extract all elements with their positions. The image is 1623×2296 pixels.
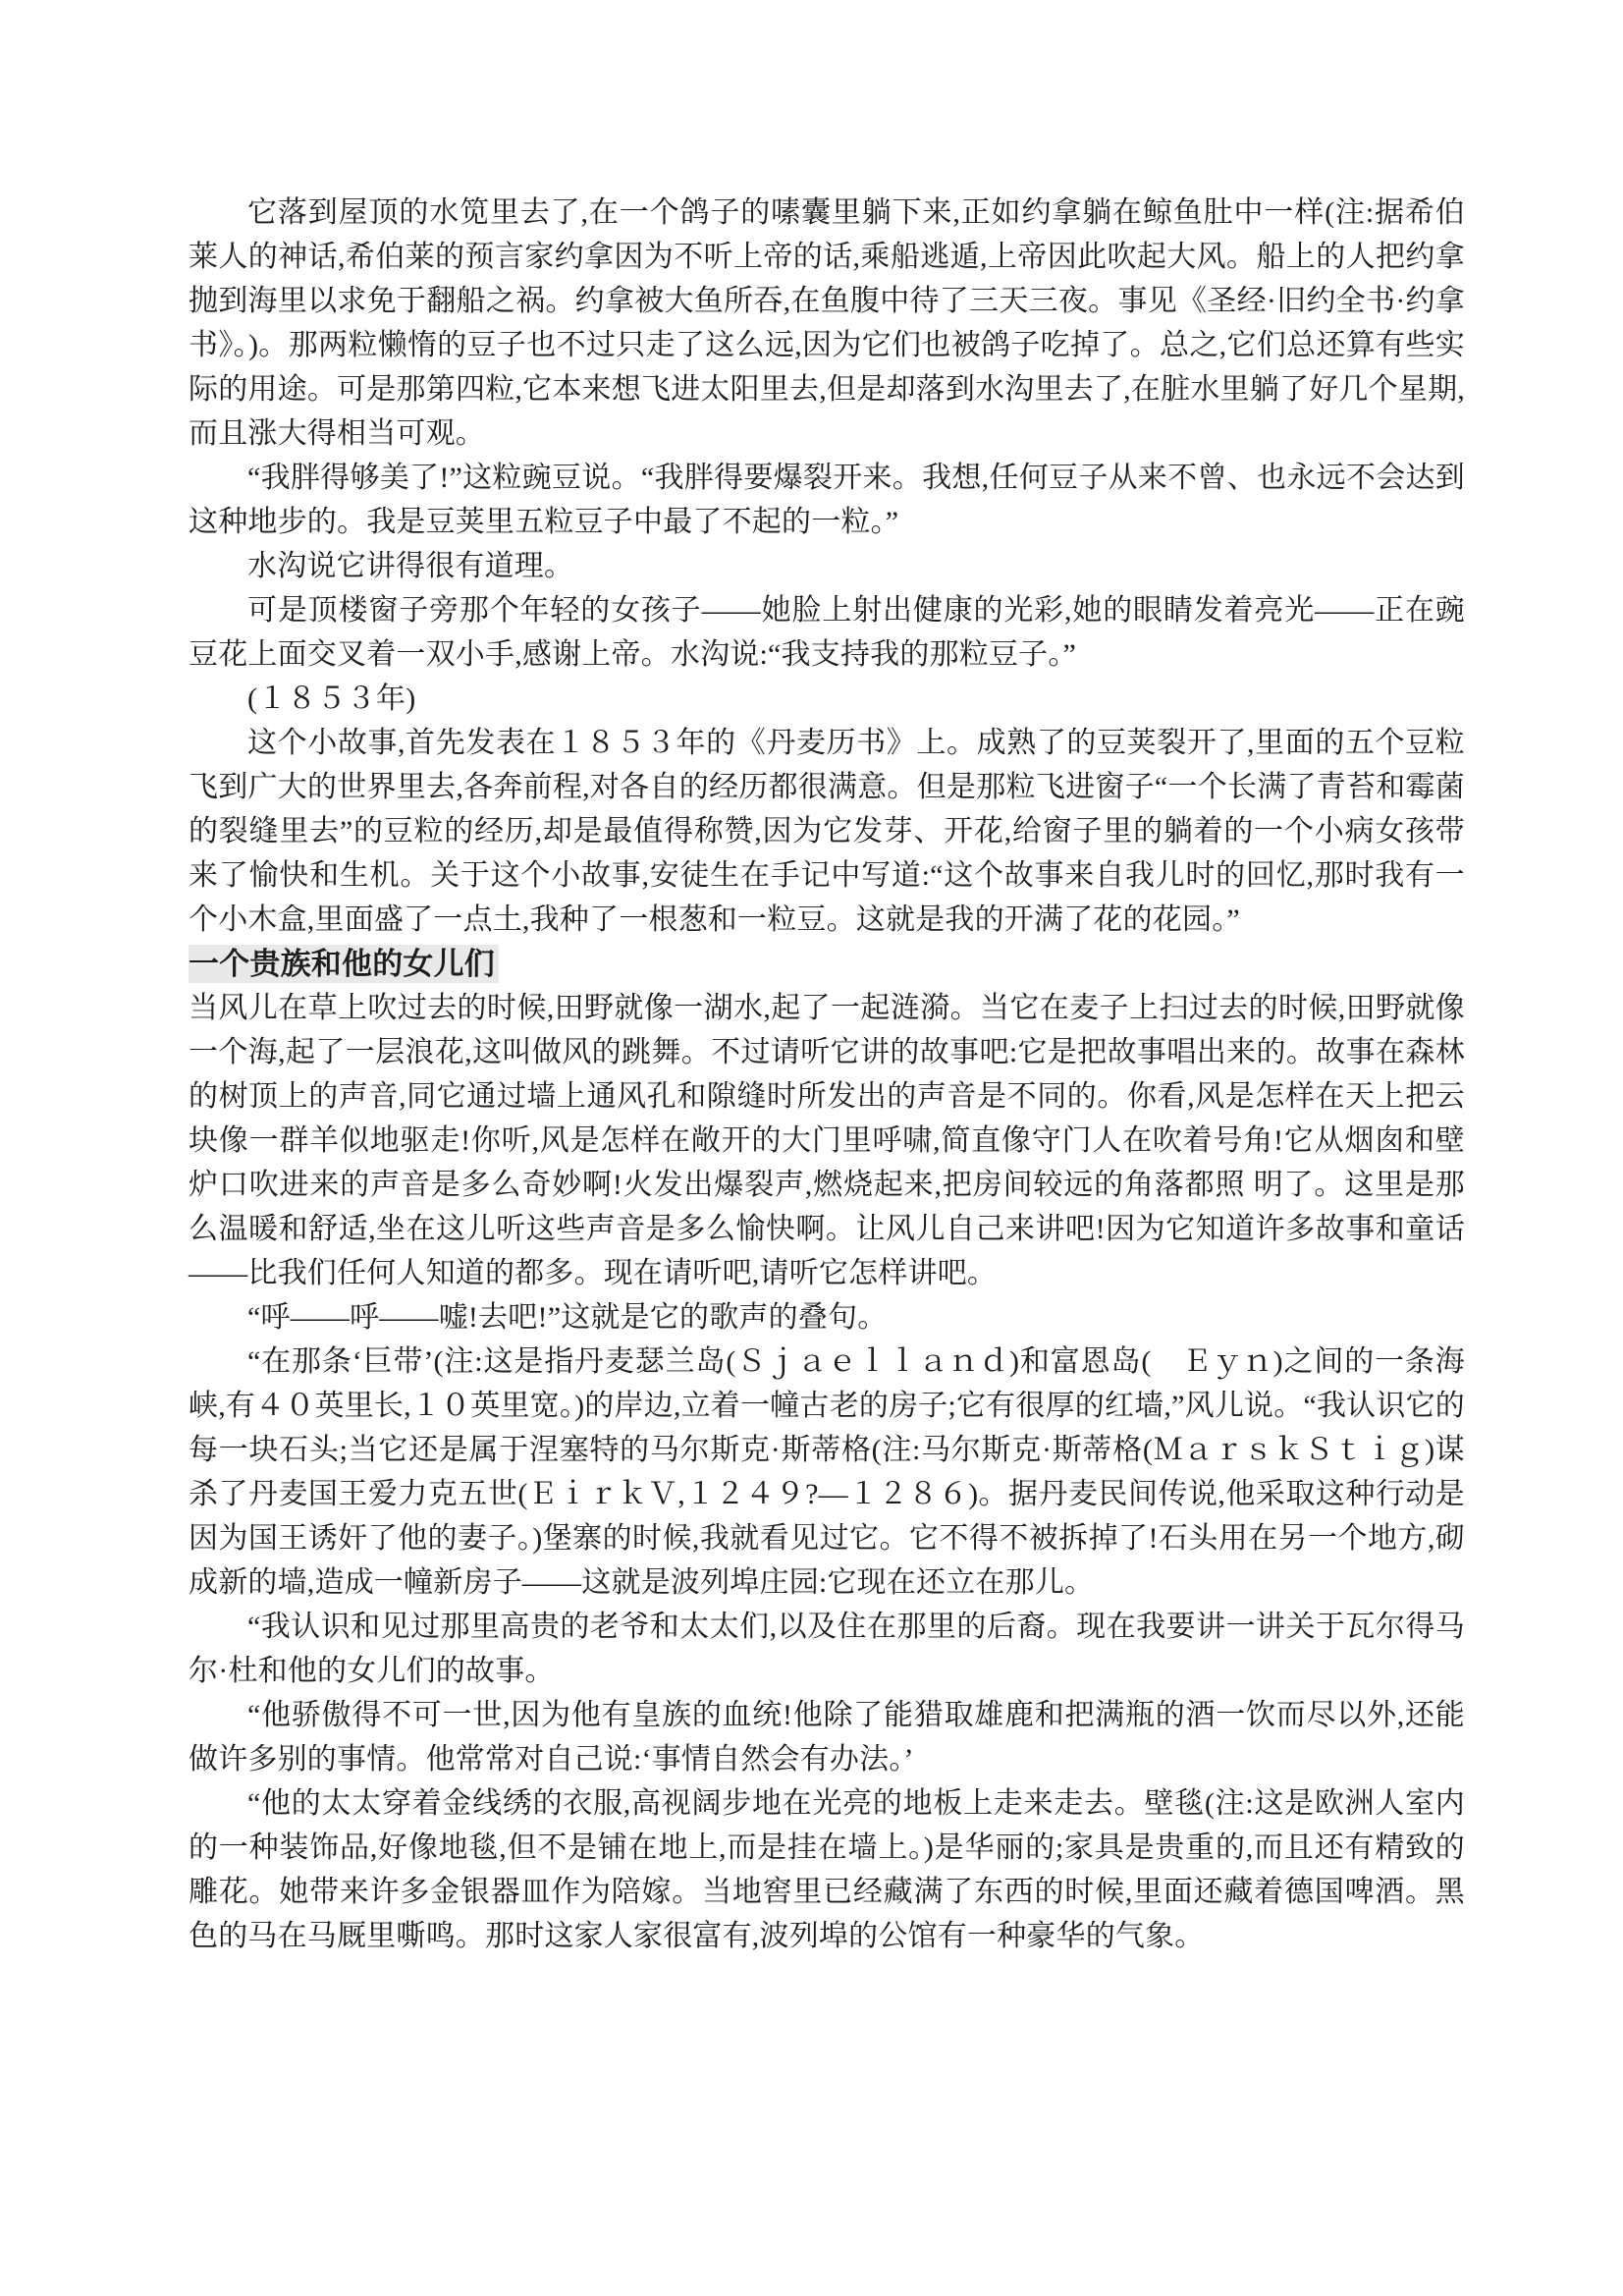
paragraph: 这个小故事,首先发表在１８５３年的《丹麦历书》上。成熟了的豆荚裂开了,里面的五个…: [189, 721, 1465, 942]
section-heading-text: 一个贵族和他的女儿们: [189, 945, 499, 983]
paragraph: 它落到屋顶的水笕里去了,在一个鸽子的嗉囊里躺下来,正如约拿躺在鲸鱼肚中一样(注:…: [189, 191, 1465, 456]
paragraph: 可是顶楼窗子旁那个年轻的女孩子——她脸上射出健康的光彩,她的眼睛发着亮光——正在…: [189, 588, 1465, 677]
paragraph: “他骄傲得不可一世,因为他有皇族的血统!他除了能猎取雄鹿和把满瓶的酒一饮而尽以外…: [189, 1693, 1465, 1781]
text-content: 它落到屋顶的水笕里去了,在一个鸽子的嗉囊里躺下来,正如约拿躺在鲸鱼肚中一样(注:…: [189, 191, 1465, 1958]
paragraph: 水沟说它讲得很有道理。: [189, 544, 1465, 588]
paragraph: “在那条‘巨带’(注:这是指丹麦瑟兰岛(Ｓｊａｅｌｌａｎｄ)和富恩岛( Ｅｙｎ)…: [189, 1339, 1465, 1605]
paragraph: “呼——呼——嘘!去吧!”这就是它的歌声的叠句。: [189, 1295, 1465, 1339]
paragraph: “我认识和见过那里高贵的老爷和太太们,以及住在那里的后裔。现在我要讲一讲关于瓦尔…: [189, 1605, 1465, 1693]
section-heading: 一个贵族和他的女儿们: [189, 942, 1465, 986]
paragraph: (１８５３年): [189, 677, 1465, 721]
paragraph: 当风儿在草上吹过去的时候,田野就像一湖水,起了一起涟漪。当它在麦子上扫过去的时候…: [189, 986, 1465, 1295]
paragraph: “他的太太穿着金线绣的衣服,高视阔步地在光亮的地板上走来走去。壁毯(注:这是欧洲…: [189, 1781, 1465, 1958]
paragraph: “我胖得够美了!”这粒豌豆说。“我胖得要爆裂开来。我想,任何豆子从来不曾、也永远…: [189, 456, 1465, 544]
document-page: 它落到屋顶的水笕里去了,在一个鸽子的嗉囊里躺下来,正如约拿躺在鲸鱼肚中一样(注:…: [0, 0, 1623, 2296]
